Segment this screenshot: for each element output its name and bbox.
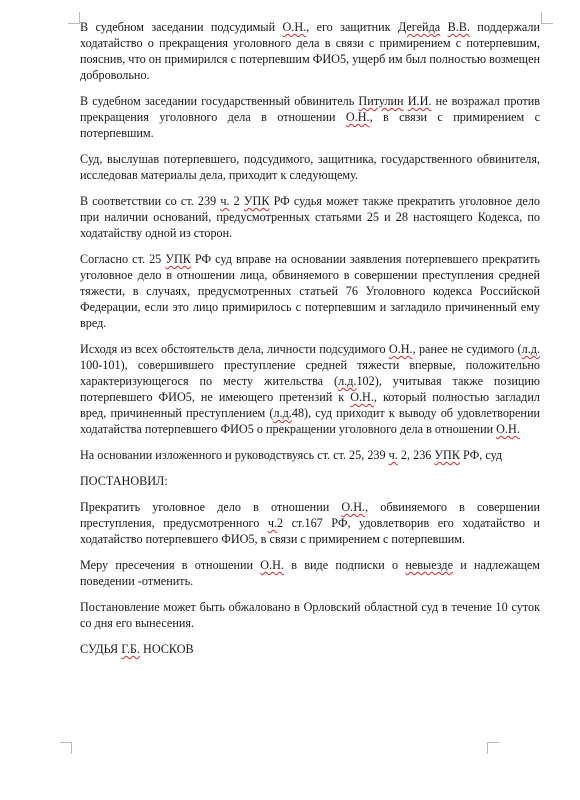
paragraph-hearing-defense: В судебном заседании подсудимый О.Н., ег… (80, 19, 540, 83)
text-run: В судебном заседании государственный обв… (80, 94, 358, 108)
spellcheck-flagged-word[interactable]: невыезде (405, 558, 453, 572)
text-run: СУДЬЯ (80, 642, 121, 656)
text-run: 2, 236 (398, 448, 435, 462)
spellcheck-flagged-word[interactable]: УПК (165, 252, 191, 266)
paragraph-prosecutor: В судебном заседании государственный обв… (80, 93, 540, 141)
spellcheck-flagged-word[interactable]: л.д. (338, 374, 356, 388)
margin-corner-bottom-right (487, 742, 499, 754)
spellcheck-flagged-word[interactable]: Дегейда (398, 20, 440, 34)
paragraph-court-heard: Суд, выслушав потерпевшего, подсудимого,… (80, 151, 540, 183)
text-run (440, 20, 447, 34)
text-run: Меру пресечения в отношении (80, 558, 260, 572)
text-run: Постановление может быть обжаловано в Ор… (80, 600, 540, 630)
paragraph-grounds: На основании изложенного и руководствуяс… (80, 447, 540, 463)
text-run: , ранее не судимого ( (413, 342, 522, 356)
spellcheck-flagged-word[interactable]: О.Н. (346, 110, 370, 124)
spellcheck-flagged-word[interactable]: О.Н. (282, 20, 306, 34)
spellcheck-flagged-word[interactable]: О.Н. (496, 422, 520, 436)
spellcheck-flagged-word[interactable]: л.д. (522, 342, 540, 356)
spellcheck-flagged-word[interactable]: О.Н. (350, 390, 374, 404)
text-run: НОСКОВ (140, 642, 194, 656)
spellcheck-flagged-word[interactable]: Питулин (358, 94, 403, 108)
text-run: Согласно ст. 25 (80, 252, 165, 266)
spellcheck-flagged-word[interactable]: ч. (389, 448, 398, 462)
paragraph-article-25: Согласно ст. 25 УПК РФ суд вправе на осн… (80, 251, 540, 331)
spellcheck-flagged-word[interactable]: л.д. (273, 406, 291, 420)
spellcheck-flagged-word[interactable]: УПК (244, 194, 270, 208)
text-run: В соответствии со ст. 239 (80, 194, 220, 208)
spellcheck-flagged-word[interactable]: Г.Б. (121, 642, 140, 656)
text-run: Суд, выслушав потерпевшего, подсудимого,… (80, 152, 540, 182)
margin-corner-top-right (541, 12, 553, 24)
document-body[interactable]: В судебном заседании подсудимый О.Н., ег… (80, 19, 540, 667)
spellcheck-flagged-word[interactable]: В.В. (448, 20, 470, 34)
text-run: в виде подписки о (284, 558, 405, 572)
text-run: В судебном заседании подсудимый (80, 20, 282, 34)
spellcheck-flagged-word[interactable]: ч. (268, 516, 277, 530)
spellcheck-flagged-word[interactable]: И.И. (408, 94, 432, 108)
text-run: ПОСТАНОВИЛ: (80, 474, 168, 488)
margin-corner-bottom-left (60, 742, 72, 754)
text-run: 2 (230, 194, 244, 208)
spellcheck-flagged-word[interactable]: О.Н. (389, 342, 413, 356)
document-page[interactable]: В судебном заседании подсудимый О.Н., ег… (0, 0, 580, 800)
spellcheck-flagged-word[interactable]: О.Н. (341, 500, 365, 514)
spellcheck-flagged-word[interactable]: ч. (220, 194, 229, 208)
spellcheck-flagged-word[interactable]: О.Н. (260, 558, 284, 572)
text-run: РФ, суд (460, 448, 502, 462)
paragraph-preventive-measure: Меру пресечения в отношении О.Н. в виде … (80, 557, 540, 589)
text-run: На основании изложенного и руководствуяс… (80, 448, 389, 462)
judge-signature: СУДЬЯ Г.Б. НОСКОВ (80, 641, 540, 657)
margin-corner-top-left (68, 12, 80, 24)
spellcheck-flagged-word[interactable]: УПК (434, 448, 460, 462)
paragraph-article-239: В соответствии со ст. 239 ч. 2 УПК РФ су… (80, 193, 540, 241)
text-run: Прекратить уголовное дело в отношении (80, 500, 341, 514)
heading-resolved: ПОСТАНОВИЛ: (80, 473, 540, 489)
paragraph-terminate-case: Прекратить уголовное дело в отношении О.… (80, 499, 540, 547)
text-run: Исходя из всех обстоятельств дела, лично… (80, 342, 389, 356)
paragraph-appeal: Постановление может быть обжаловано в Ор… (80, 599, 540, 631)
paragraph-circumstances: Исходя из всех обстоятельств дела, лично… (80, 341, 540, 437)
text-run: , его защитник (306, 20, 398, 34)
